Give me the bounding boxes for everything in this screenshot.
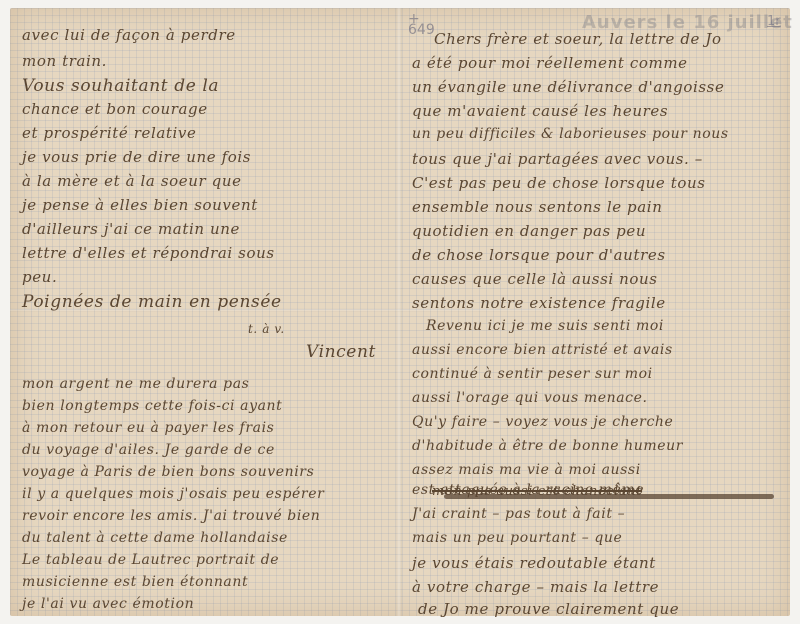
text-line: Vous souhaitant de la xyxy=(22,76,219,96)
text-line: un peu difficiles & laborieuses pour nou… xyxy=(412,126,729,142)
closing-line: Poignées de main en pensée xyxy=(22,292,282,312)
text-line: bien longtemps cette fois-ci ayant xyxy=(22,398,282,414)
text-line: de Jo me prouve clairement que xyxy=(418,600,679,618)
text-line: a été pour moi réellement comme xyxy=(412,54,688,72)
text-line: J'ai craint – pas tout à fait – xyxy=(412,506,625,522)
text-line: causes que celle là aussi nous xyxy=(412,270,658,288)
text-line: que m'avaient causé les heures xyxy=(412,102,668,120)
text-line: aussi encore bien attristé et avais xyxy=(412,342,673,358)
text-line: à la mère et à la soeur que xyxy=(22,172,242,190)
left-page: avec lui de façon à perdre mon train. Vo… xyxy=(22,8,394,616)
text-line: C'est pas peu de chose lorsque tous xyxy=(412,174,706,192)
right-page: Chers frère et soeur, la lettre de Jo a … xyxy=(412,8,784,616)
salutation-line: Chers frère et soeur, la lettre de Jo xyxy=(434,30,722,48)
text-line: revoir encore les amis. J'ai trouvé bien xyxy=(22,508,320,524)
text-line: voyage à Paris de bien bons souvenirs xyxy=(22,464,314,480)
text-line: continué à sentir peser sur moi xyxy=(412,366,653,382)
center-fold xyxy=(396,8,402,616)
text-line: lettre d'elles et répondrai sous xyxy=(22,244,275,262)
text-line: et prospérité relative xyxy=(22,124,196,142)
text-line: à votre charge – mais la lettre xyxy=(412,578,659,596)
text-line: avec lui de façon à perdre xyxy=(22,26,236,44)
closing-abbrev: t. à v. xyxy=(248,322,285,336)
text-line: sentons notre existence fragile xyxy=(412,294,666,312)
text-line: chance et bon courage xyxy=(22,100,208,118)
text-line: quotidien en danger pas peu xyxy=(412,222,646,240)
text-line: aussi l'orage qui vous menace. xyxy=(412,390,648,406)
text-line: je vous étais redoutable étant xyxy=(412,554,656,572)
text-line: Qu'y faire – voyez vous je cherche xyxy=(412,414,673,430)
text-line: je pense à elles bien souvent xyxy=(22,196,258,214)
text-line: je vous prie de dire une fois xyxy=(22,148,251,166)
text-line: peu. xyxy=(22,268,57,286)
text-line: à mon retour eu à payer les frais xyxy=(22,420,274,436)
text-line: du talent à cette dame hollandaise xyxy=(22,530,288,546)
text-line: ensemble nous sentons le pain xyxy=(412,198,662,216)
text-line: musicienne est bien étonnant xyxy=(22,574,248,590)
text-line: d'ailleurs j'ai ce matin une xyxy=(22,220,240,238)
text-line: mon argent ne me durera pas xyxy=(22,376,249,392)
text-line: mais un peu pourtant – que xyxy=(412,530,622,546)
text-line: du voyage d'ailes. Je garde de ce xyxy=(22,442,275,458)
text-line: Le tableau de Lautrec portrait de xyxy=(22,552,279,568)
text-line: mon train. xyxy=(22,52,107,70)
text-line: Revenu ici je me suis senti moi xyxy=(426,318,664,334)
text-line: assez mais ma vie à moi aussi xyxy=(412,462,641,478)
text-line: tous que j'ai partagées avec vous. – xyxy=(412,150,703,168)
text-line: je l'ai vu avec émotion xyxy=(22,596,194,612)
text-line: de chose lorsque pour d'autres xyxy=(412,246,666,264)
signature: Vincent xyxy=(306,342,376,362)
text-line: d'habitude à être de bonne humeur xyxy=(412,438,683,454)
text-line: un évangile une délivrance d'angoisse xyxy=(412,78,724,96)
ink-strikethrough xyxy=(444,494,774,499)
text-line: il y a quelques mois j'osais peu espérer xyxy=(22,486,324,502)
